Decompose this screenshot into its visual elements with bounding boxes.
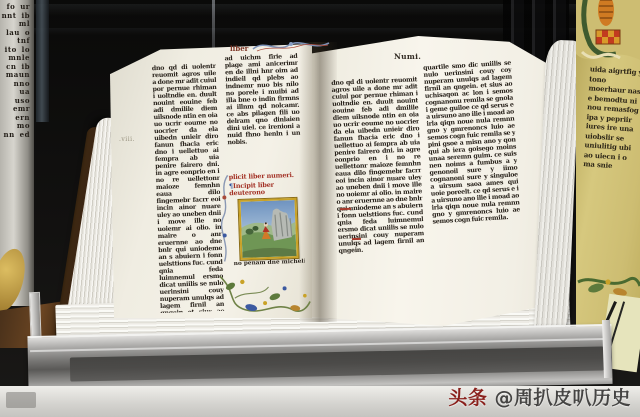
running-header-left: liber (230, 44, 248, 53)
rubrication-mark (352, 238, 361, 240)
cradle-foot-shadow (6, 392, 36, 408)
illuminated-initial-decoration (576, 0, 640, 66)
right-page-column-2: quartile smo dic uniilis se nulo uerinsi… (423, 60, 525, 299)
watermark-brand-toutiao: 头条 (448, 387, 487, 409)
quire-margin-note: .viii. (119, 136, 135, 143)
miniature-scene (241, 199, 297, 257)
marginal-penwork-curl (216, 173, 235, 266)
right-neighbor-illuminated-leaf: uida aigrtfig y tono moerhaur nas e bemo… (576, 0, 640, 346)
left-page-column-1: dno qd di uolentr reuomit agros uile a d… (152, 63, 225, 313)
photo-open-manuscript-display: fo ur nnt ib ml lau o tnf ito lo mnle cn… (0, 0, 640, 417)
blackletter-text-block: ad uichm firie ad plage ami anicerimr en… (224, 53, 301, 173)
running-header-right: Numi. (394, 52, 421, 61)
gold-leaf-text: uida aigrtfig y tono moerhaur nas e bemo… (576, 64, 640, 271)
left-page-column-2: ad uichm firie ad plage ami anicerimr en… (224, 53, 306, 319)
floral-border-decoration (216, 265, 313, 318)
rubric-incipit-line: ¶Incipit liber deuterono (229, 180, 302, 198)
right-page-column-1: dno qd di uolentr reuomit agros uile a d… (331, 76, 427, 306)
watermark-account-handle: @周扒皮叭历史 (487, 387, 631, 409)
illuminated-miniature (238, 197, 298, 259)
watermark: 头条 @周扒皮叭历史 (448, 386, 631, 410)
rubrication-mark (340, 208, 351, 210)
case-frame-post (36, 0, 49, 122)
